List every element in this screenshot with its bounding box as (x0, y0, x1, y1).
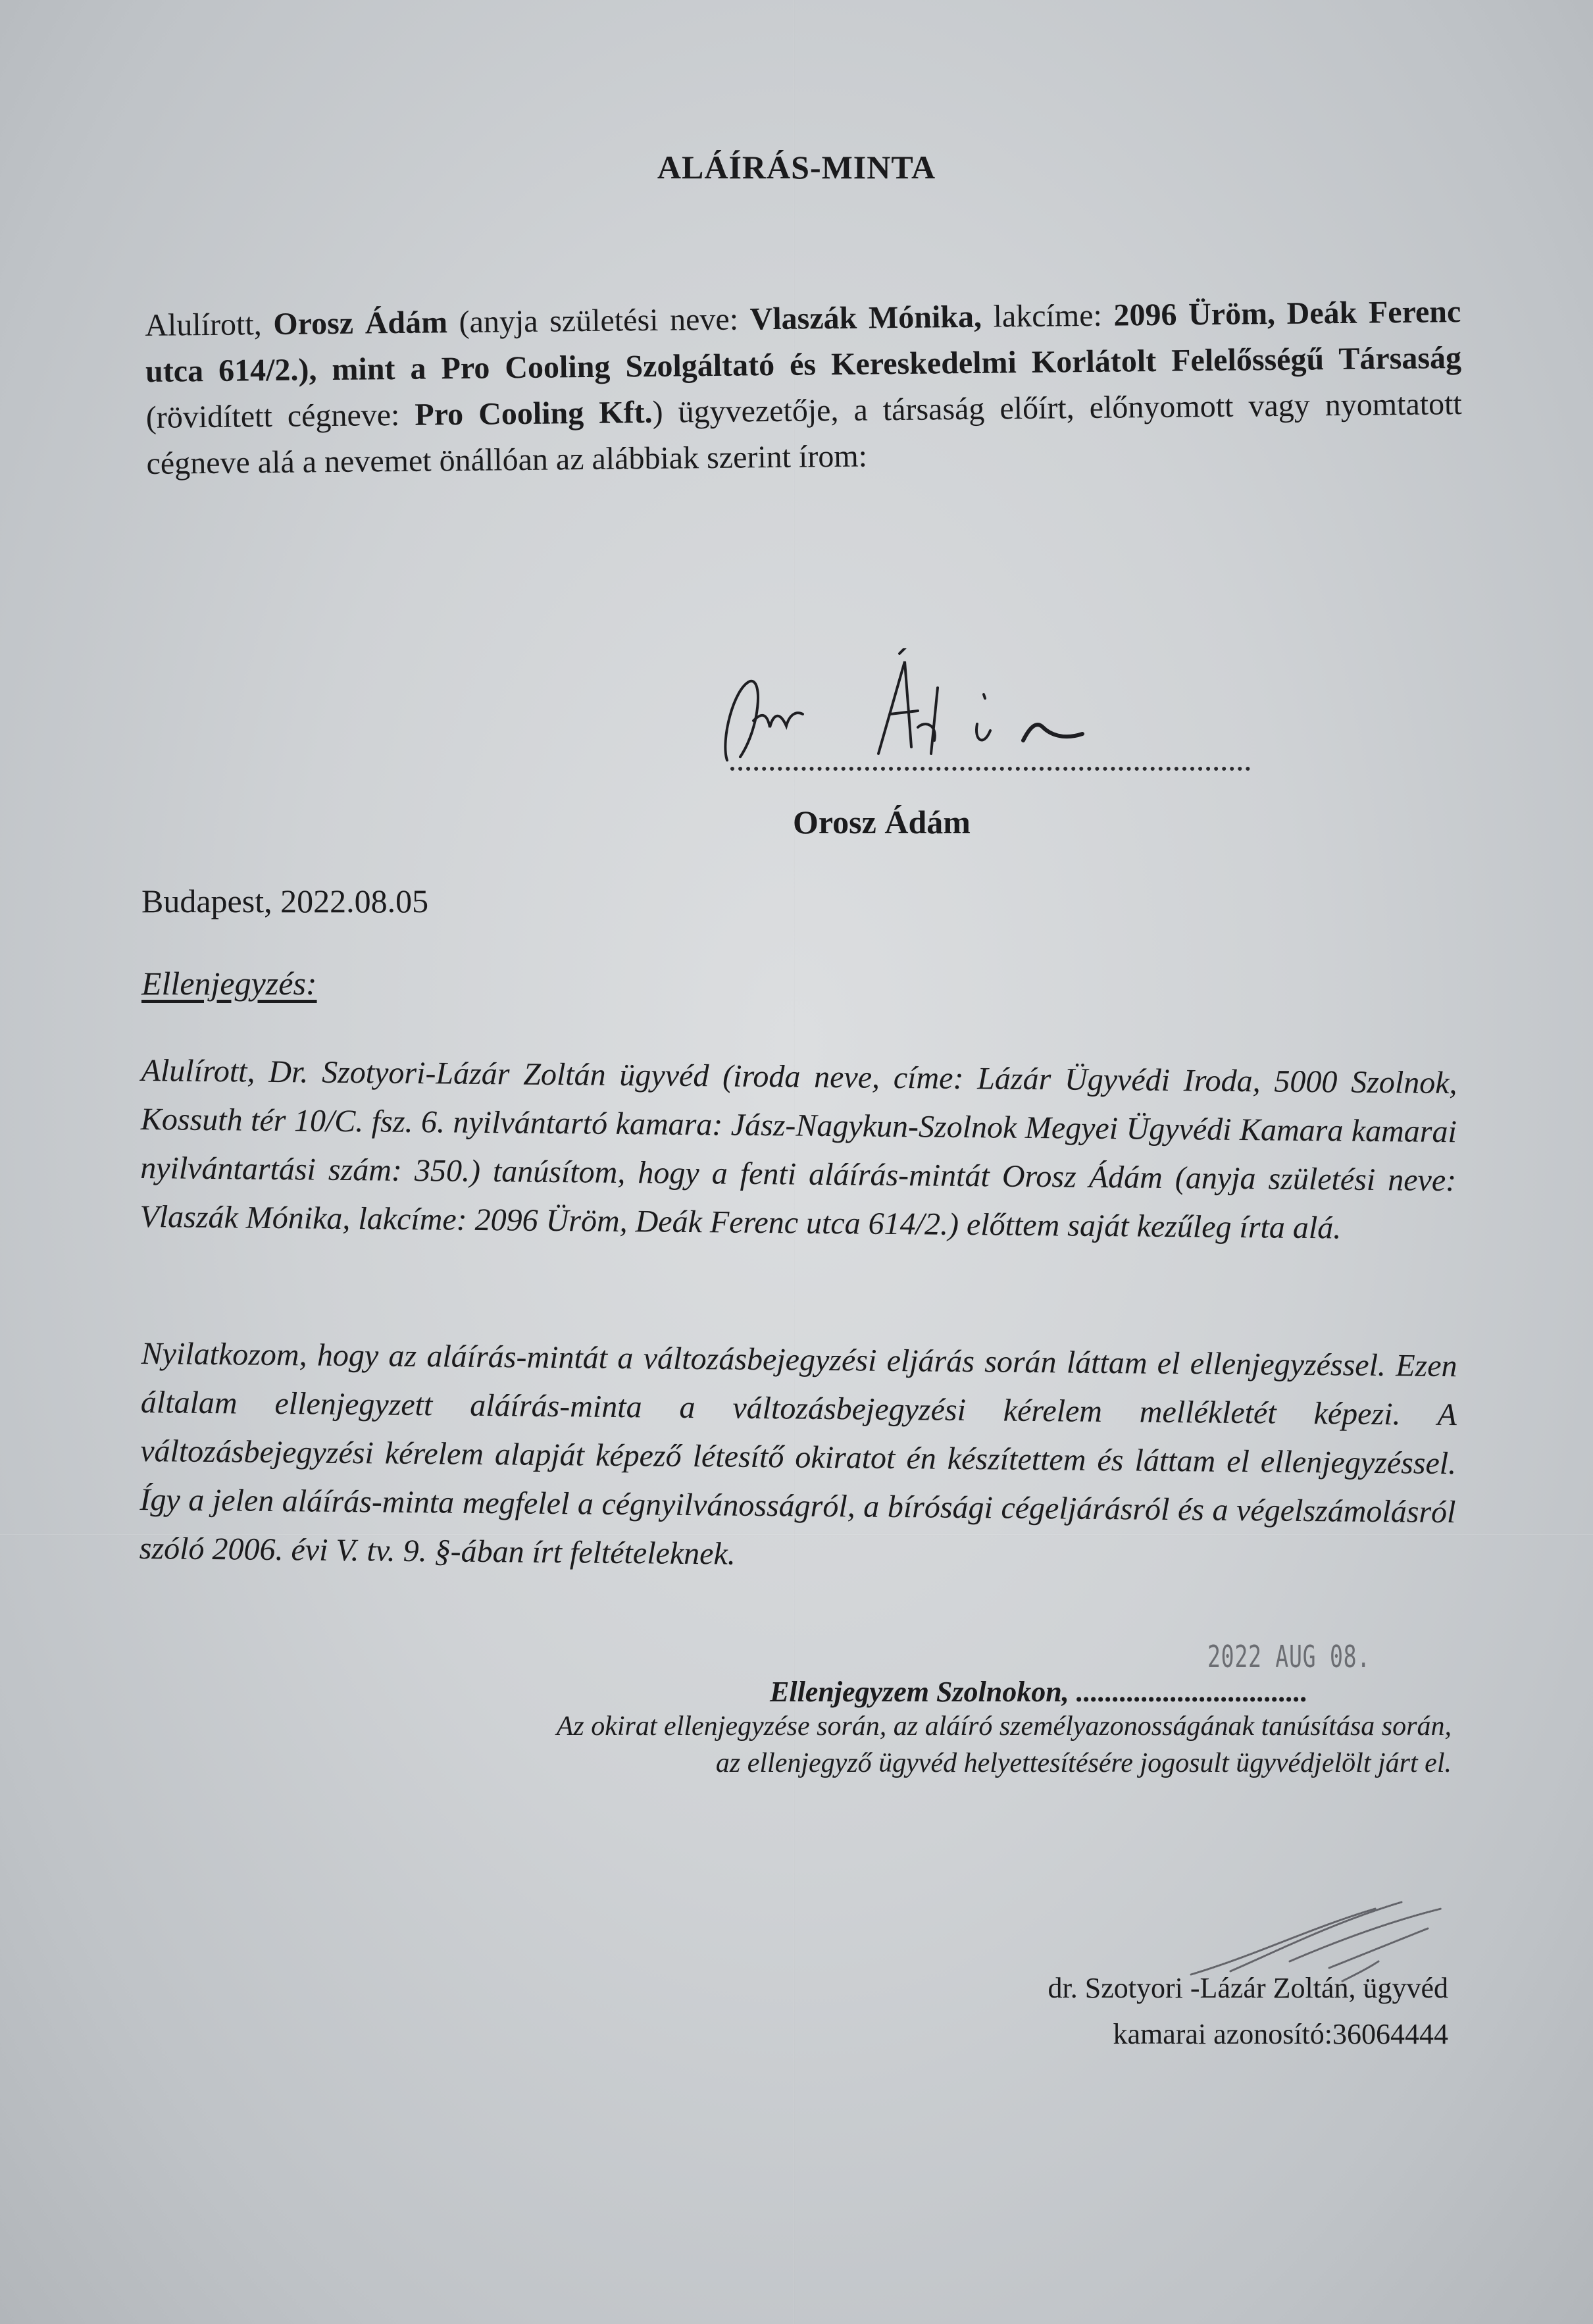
place-and-date: Budapest, 2022.08.05 (141, 882, 428, 920)
note-line-2: az ellenjegyző ügyvéd helyettesítésére j… (399, 1745, 1452, 1782)
lawyer-name: dr. Szotyori -Lázár Zoltán, ügyvéd (1048, 1971, 1448, 2005)
company-short-name: Pro Cooling Kft. (415, 395, 653, 432)
countersignature-paragraph-1: Alulírott, Dr. Szotyori-Lázár Zoltán ügy… (139, 1046, 1457, 1254)
countersign-note: Az okirat ellenjegyzése során, az aláíró… (399, 1708, 1452, 1782)
intro-text: (rövidített cégneve: (146, 398, 415, 435)
signature-line (730, 760, 1250, 771)
declaration-paragraph: Alulírott, Orosz Ádám (anyja születési n… (145, 289, 1463, 487)
mother-name: Vlaszák Mónika, (749, 299, 982, 337)
date-stamp: 2022 AUG 08. (1207, 1639, 1371, 1674)
intro-text: lakcíme: (982, 298, 1114, 334)
countersignature-paragraph-2: Nyilatkozom, hogy az aláírás-mintát a vá… (139, 1330, 1457, 1586)
lawyer-chamber-id: kamarai azonosító:36064444 (1113, 2017, 1448, 2051)
signer-name-inline: Orosz Ádám (273, 305, 447, 342)
countersign-place-line: Ellenjegyzem Szolnokon, ................… (770, 1675, 1308, 1709)
countersignature-heading: Ellenjegyzés: (141, 964, 317, 1002)
note-line-1: Az okirat ellenjegyzése során, az aláíró… (399, 1708, 1452, 1745)
signer-printed-name: Orosz Ádám (793, 803, 971, 841)
intro-text: Alulírott, (145, 307, 273, 343)
intro-text: (anyja születési neve: (447, 301, 750, 340)
document-title: ALÁÍRÁS-MINTA (0, 148, 1593, 186)
